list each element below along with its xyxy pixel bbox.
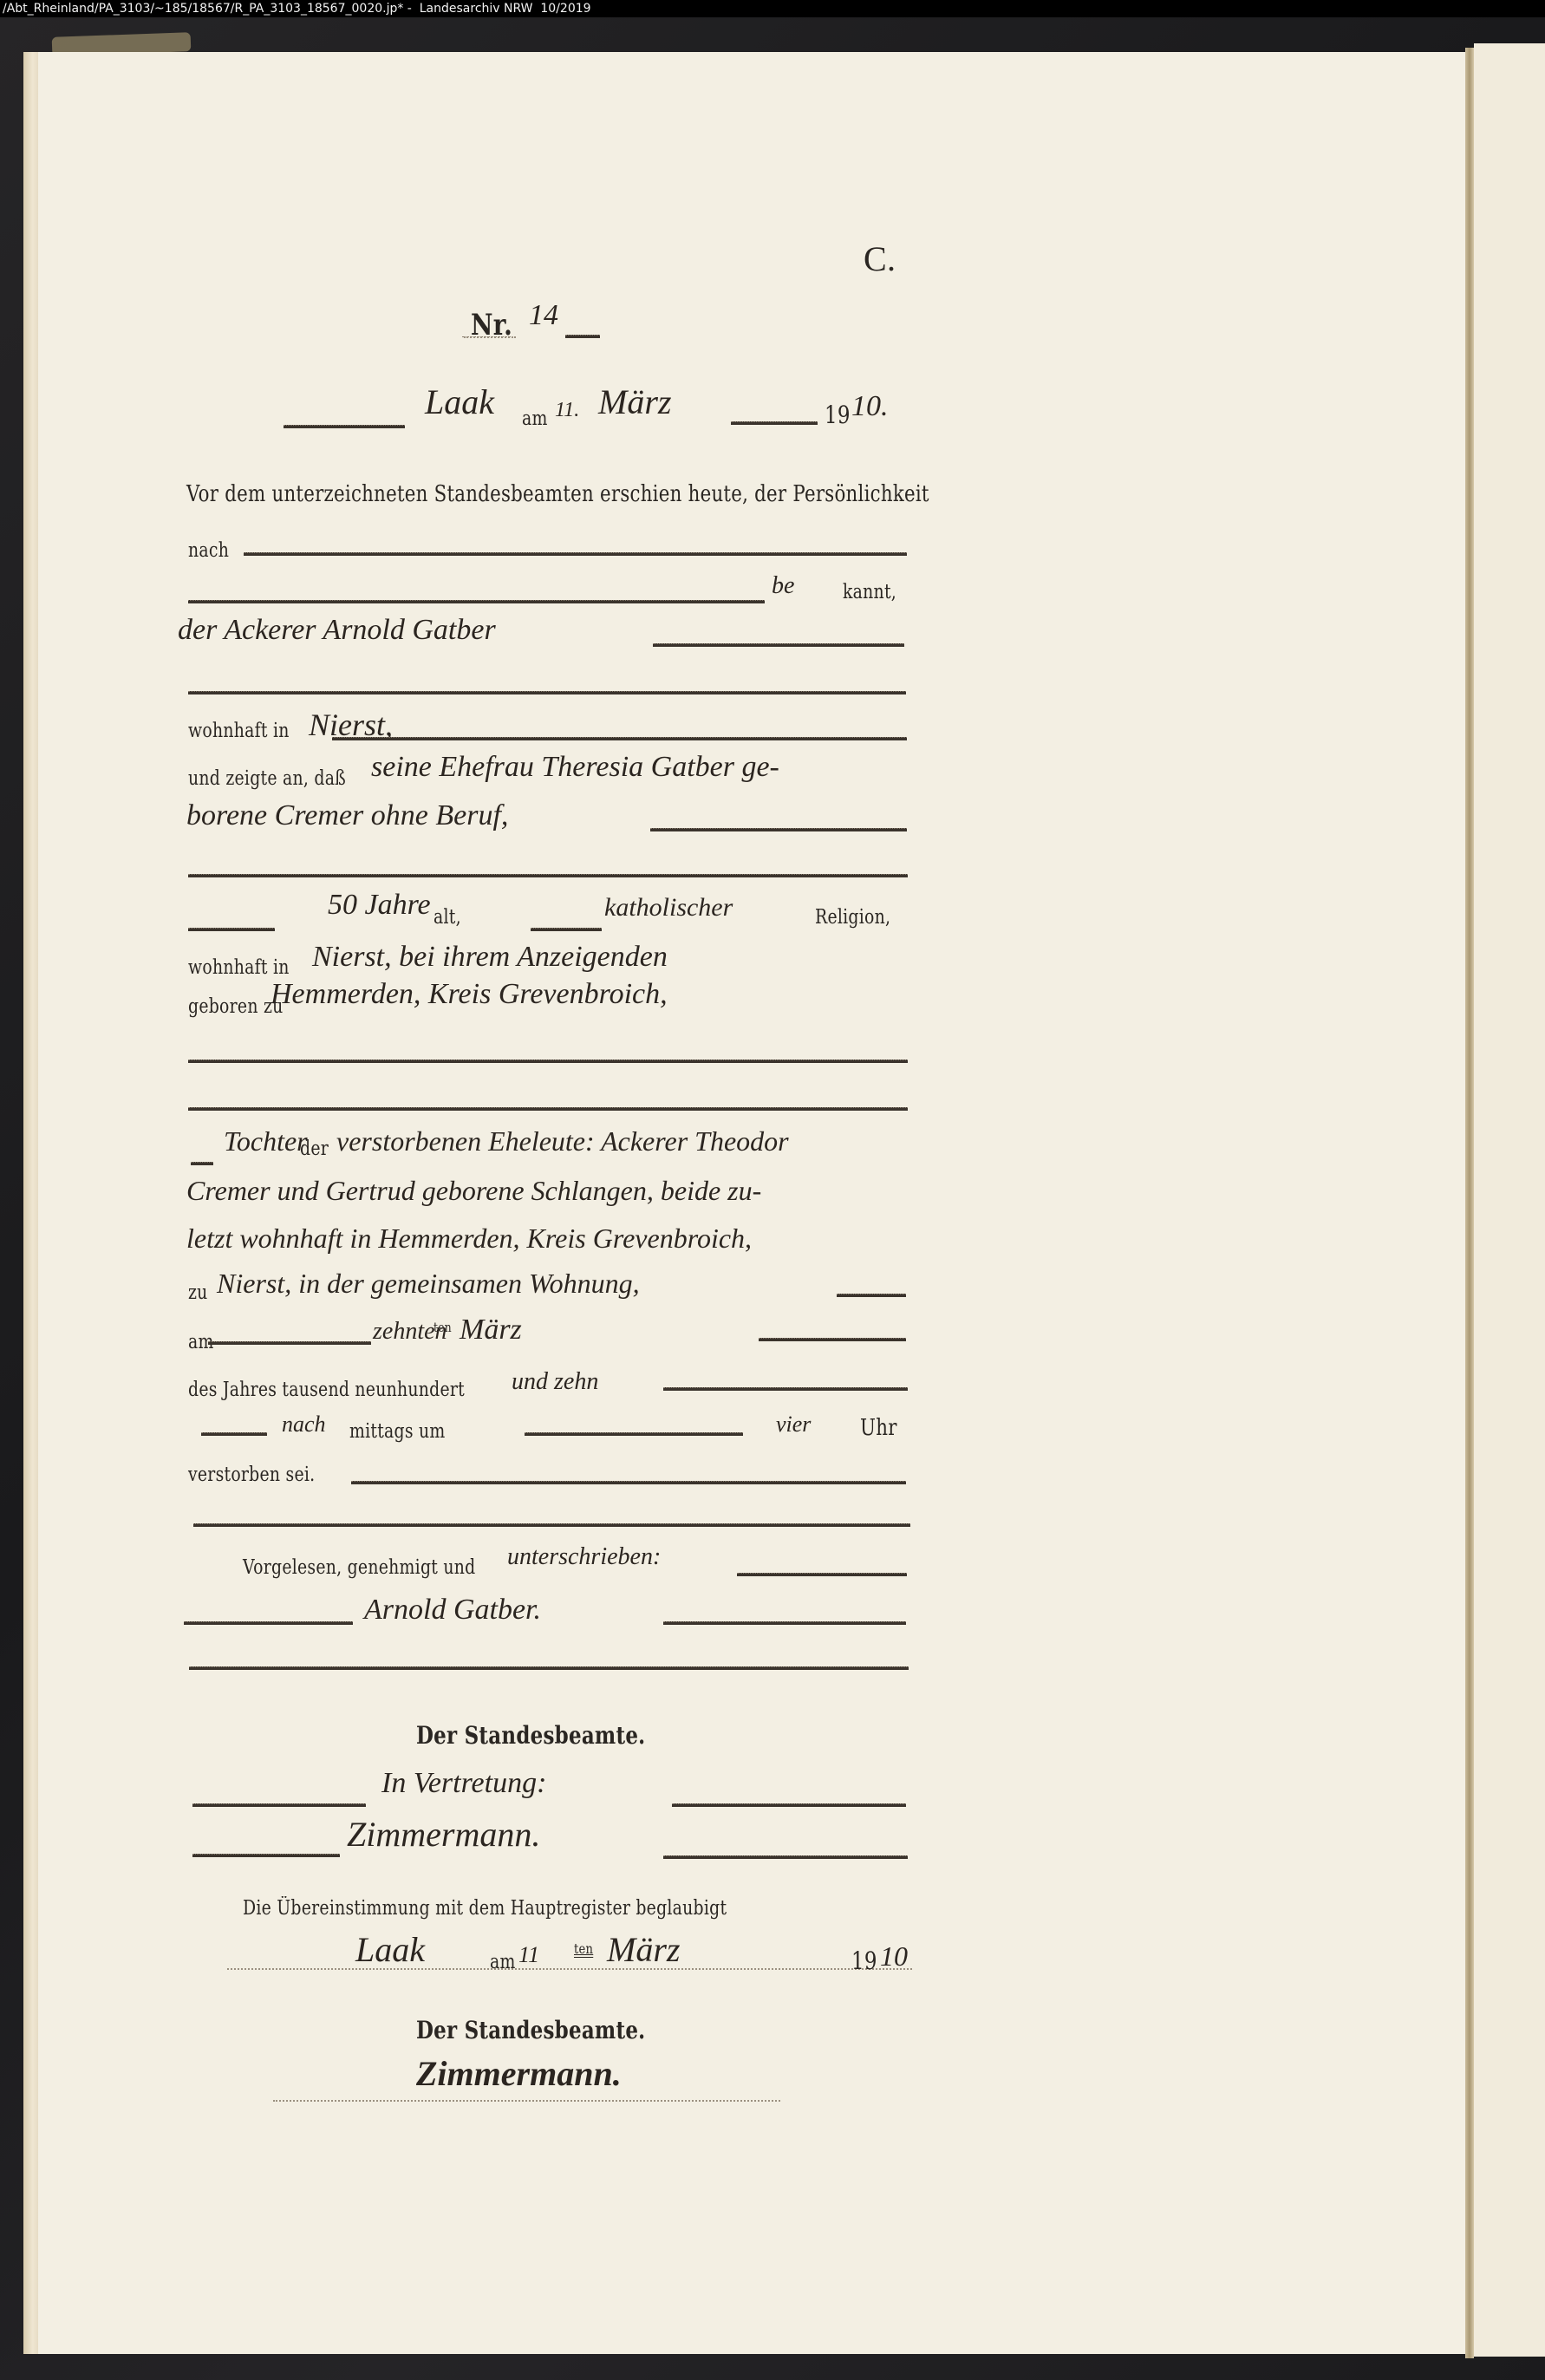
age: 50 Jahre [328,889,431,922]
form-letter: C. [864,238,896,279]
year-suffix: 10. [851,390,889,423]
death-place: Nierst, in der gemeinsamen Wohnung, [217,1268,640,1300]
parents-line-1: verstorbenen Eheleute: Ackerer Theodor [336,1125,789,1157]
deceased-line-1: seine Ehefrau Theresia Gatber ge- [371,751,779,784]
death-month: März [460,1314,522,1346]
in-vertretung: In Vertretung: [381,1767,546,1800]
facing-page [1474,43,1545,2357]
official-signature-2: Zimmermann. [416,2053,622,2094]
deceased-residence: Nierst, bei ihrem Anzeigenden [312,941,668,974]
parents-line-3: letzt wohnhaft in Hemmerden, Kreis Greve… [186,1223,752,1255]
certification-text: Die Übereinstimmung mit dem Hauptregiste… [243,1897,727,1920]
deceased-line-2: borene Cremer ohne Beruf, [186,799,508,832]
parents-line-2: Cremer und Gertrud geborene Schlangen, b… [186,1175,761,1207]
cert-place: Laak [355,1929,425,1970]
page-stack-edge [23,52,39,2354]
official-title: Der Standesbeamte. [416,1721,645,1750]
intro-text: Vor dem unterzeichneten Standesbeamten e… [186,481,929,507]
official-title-2: Der Standesbeamte. [416,2016,645,2044]
cert-month: März [607,1929,680,1970]
death-hour: vier [776,1412,811,1438]
death-year: und zehn [512,1368,598,1396]
record-number: 14 [529,299,558,332]
book-gutter [1465,48,1474,2358]
place: Laak [425,381,494,422]
window-title: /Abt_Rheinland/PA_3103/~185/18567/R_PA_3… [0,0,1545,17]
birth-place: Hemmerden, Kreis Grevenbroich, [271,978,668,1011]
month: März [598,381,671,422]
official-signature: Zimmermann. [347,1814,540,1855]
day: 11. [555,399,579,422]
informant-signature: Arnold Gatber. [364,1594,541,1627]
informant-name: der Ackerer Arnold Gatber [178,614,496,647]
religion: katholischer [604,893,733,923]
